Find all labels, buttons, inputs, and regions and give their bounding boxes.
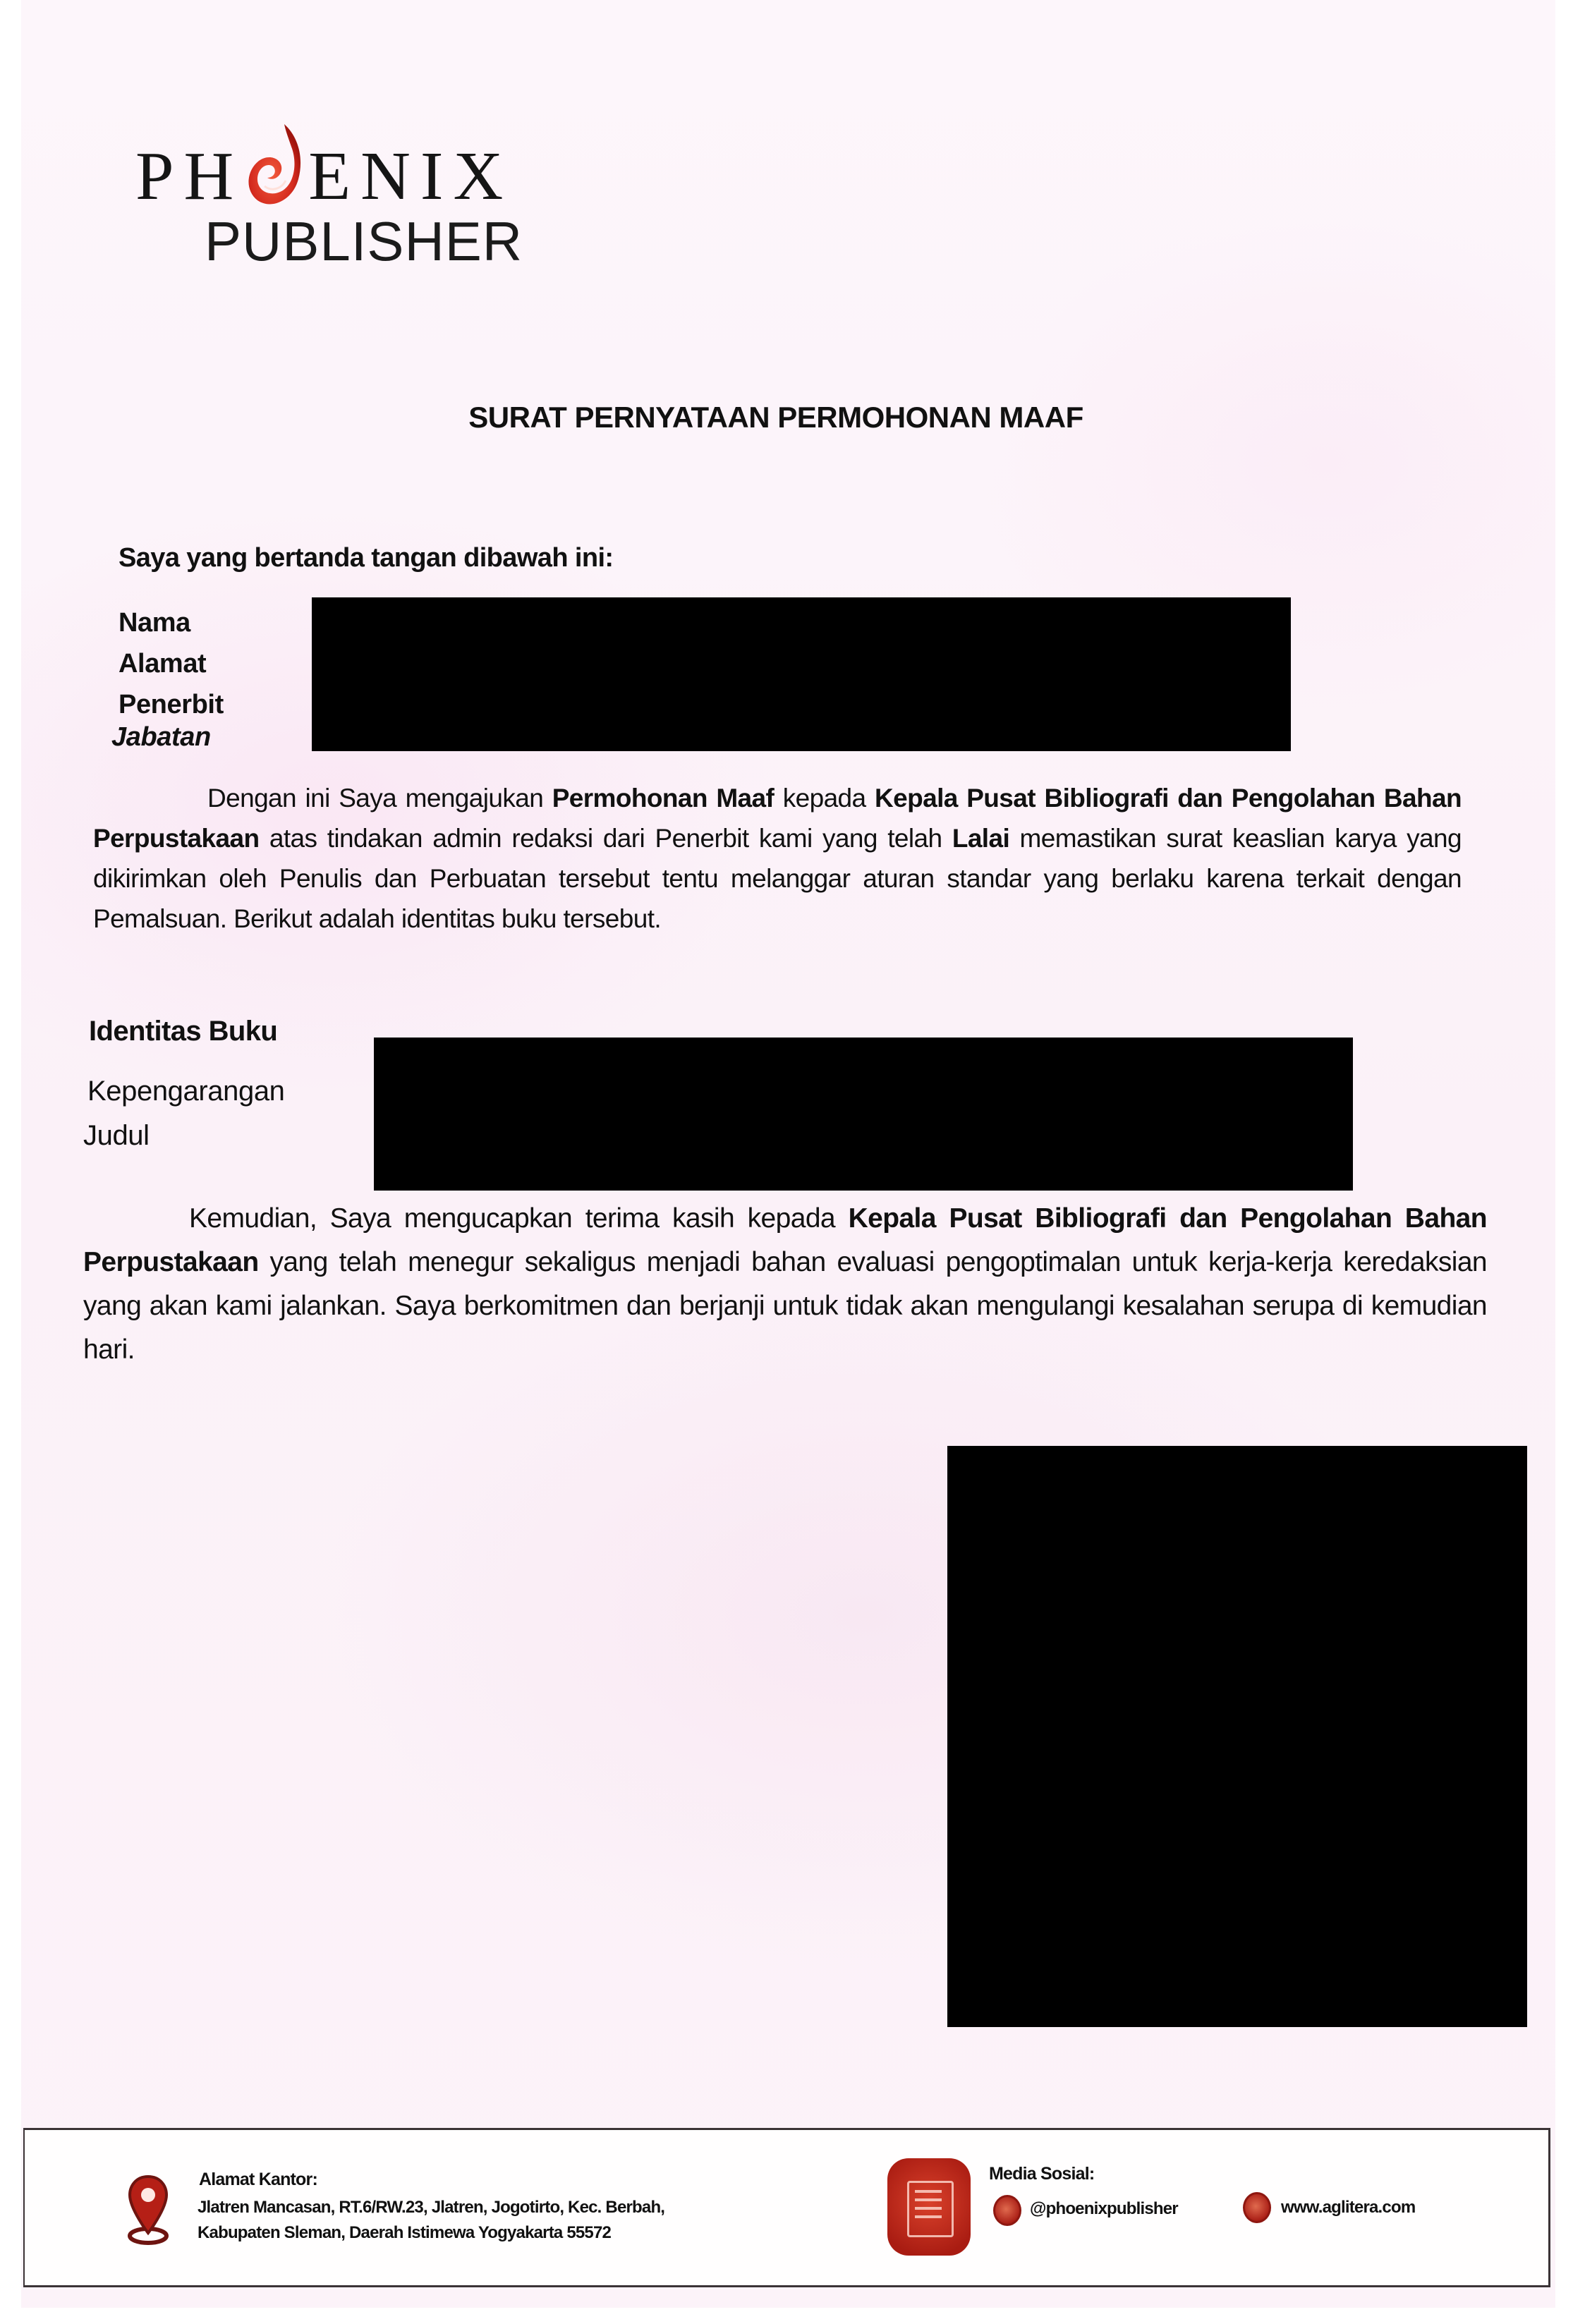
social-heading: Media Sosial: — [989, 2164, 1094, 2184]
web-icon — [1243, 2192, 1271, 2223]
publisher-app-icon — [887, 2158, 971, 2256]
address-line-2: Kabupaten Sleman, Daerah Istimewa Yogyak… — [198, 2220, 611, 2246]
field-label-jabatan: Jabatan — [111, 722, 211, 753]
phoenix-flame-icon — [243, 141, 308, 212]
address-line-1: Jlatren Mancasan, RT.6/RW.23, Jlatren, J… — [198, 2195, 664, 2220]
book-details-redaction — [374, 1038, 1353, 1191]
signature-redaction — [947, 1446, 1527, 2027]
website-link[interactable]: www.aglitera.com — [1281, 2195, 1415, 2220]
intro-text: Saya yang bertanda tangan dibawah ini: — [119, 543, 613, 573]
logo-text-end: ENIX — [308, 141, 513, 212]
map-pin-icon — [126, 2174, 171, 2247]
document-title: SURAT PERNYATAAN PERMOHONAN MAAF — [0, 401, 1573, 434]
book-identity-heading: Identitas Buku — [89, 1016, 277, 1047]
field-label-alamat: Alamat — [119, 649, 206, 679]
logo-subtitle: PUBLISHER — [205, 212, 523, 271]
field-label-kepengarangan: Kepengarangan — [87, 1076, 285, 1107]
publisher-logo: PH ENIX — [135, 141, 513, 212]
paragraph-thanks: Kemudian, Saya mengucapkan terima kasih … — [83, 1197, 1487, 1372]
instagram-icon — [993, 2195, 1021, 2226]
address-heading: Alamat Kantor: — [199, 2170, 317, 2190]
signer-details-redaction — [312, 597, 1291, 751]
logo-text-start: PH — [135, 141, 243, 212]
paragraph-apology: Dengan ini Saya mengajukan Permohonan Ma… — [93, 778, 1462, 939]
field-label-nama: Nama — [119, 608, 190, 638]
field-label-judul: Judul — [83, 1120, 150, 1152]
field-label-penerbit: Penerbit — [119, 690, 224, 720]
social-handle-link[interactable]: @phoenixpublisher — [1030, 2196, 1178, 2222]
